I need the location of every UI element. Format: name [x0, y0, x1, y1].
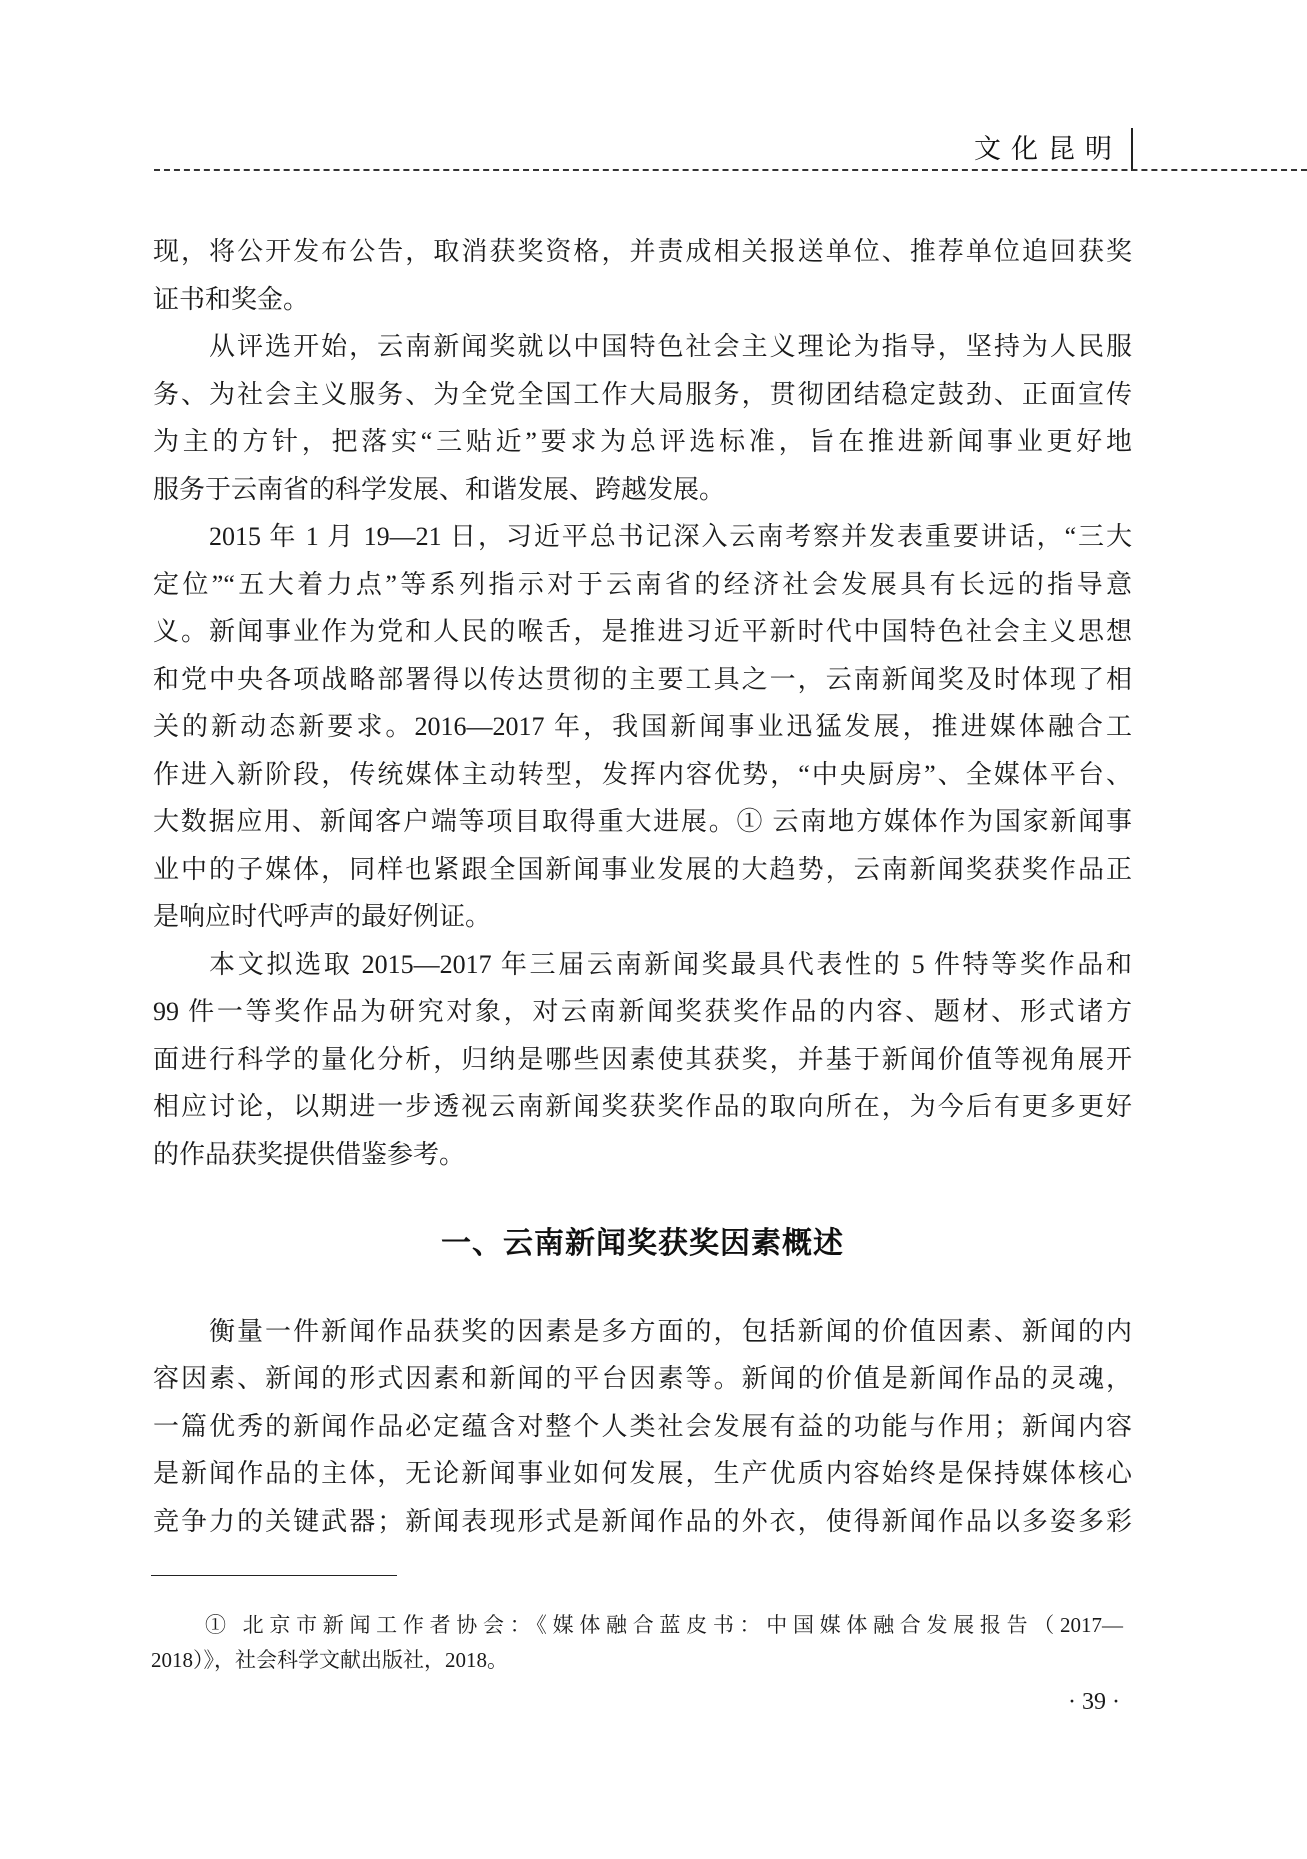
- text-line: 相应讨论，以期进一步透视云南新闻奖获奖作品的取向所在，为今后有更多更好: [153, 1087, 1132, 1127]
- text-line: 义。新闻事业作为党和人民的喉舌，是推进习近平新时代中国特色社会主义思想: [153, 612, 1132, 652]
- text-line: 定位”“五大着力点”等系列指示对于云南省的经济社会发展具有长远的指导意: [153, 565, 1132, 605]
- running-header-title: 文化昆明: [972, 130, 1122, 170]
- text-line: 作进入新阶段，传统媒体主动转型，发挥内容优势，“中央厨房”、全媒体平台、: [153, 755, 1132, 795]
- text-line: 务、为社会主义服务、为全党全国工作大局服务，贯彻团结稳定鼓劲、正面宣传: [153, 375, 1132, 415]
- text-line: 大数据应用、新闻客户端等项目取得重大进展。① 云南地方媒体作为国家新闻事: [153, 802, 1132, 842]
- text-line: 服务于云南省的科学发展、和谐发展、跨越发展。: [153, 470, 1132, 510]
- header-divider-bar: [1131, 128, 1133, 171]
- section-heading: 一、云南新闻奖获奖因素概述: [153, 1222, 1132, 1266]
- text-line: 本文拟选取 2015—2017 年三届云南新闻奖最具代表性的 5 件特等奖作品和: [209, 945, 1132, 985]
- text-line: 2015 年 1 月 19—21 日，习近平总书记深入云南考察并发表重要讲话，“…: [209, 517, 1132, 557]
- text-line: 和党中央各项战略部署得以传达贯彻的主要工具之一，云南新闻奖及时体现了相: [153, 660, 1132, 700]
- text-line: 面进行科学的量化分析，归纳是哪些因素使其获奖，并基于新闻价值等视角展开: [153, 1040, 1132, 1080]
- text-line: 的作品获奖提供借鉴参考。: [153, 1135, 1132, 1175]
- text-line: 是新闻作品的主体，无论新闻事业如何发展，生产优质内容始终是保持媒体核心: [153, 1454, 1132, 1494]
- page-number: · 39 ·: [1030, 1685, 1120, 1719]
- footnote-rule: [151, 1575, 397, 1576]
- text-line: 现，将公开发布公告，取消获奖资格，并责成相关报送单位、推荐单位追回获奖: [153, 232, 1132, 272]
- text-line: 从评选开始，云南新闻奖就以中国特色社会主义理论为指导，坚持为人民服: [209, 327, 1132, 367]
- text-line: 衡量一件新闻作品获奖的因素是多方面的，包括新闻的价值因素、新闻的内: [209, 1312, 1132, 1352]
- header-dashed-rule: [154, 169, 1307, 171]
- footnote-line: ① 北京市新闻工作者协会：《媒体融合蓝皮书：中国媒体融合发展报告（2017—: [205, 1609, 1123, 1641]
- text-line: 一篇优秀的新闻作品必定蕴含对整个人类社会发展有益的功能与作用；新闻内容: [153, 1407, 1132, 1447]
- text-line: 竞争力的关键武器；新闻表现形式是新闻作品的外衣，使得新闻作品以多姿多彩: [153, 1502, 1132, 1542]
- footnote-line: 2018）》，社会科学文献出版社，2018。: [151, 1644, 1123, 1676]
- text-line: 关的新动态新要求。2016—2017 年，我国新闻事业迅猛发展，推进媒体融合工: [153, 707, 1132, 747]
- text-line: 99 件一等奖作品为研究对象，对云南新闻奖获奖作品的内容、题材、形式诸方: [153, 992, 1132, 1032]
- text-line: 业中的子媒体，同样也紧跟全国新闻事业发展的大趋势，云南新闻奖获奖作品正: [153, 850, 1132, 890]
- text-line: 容因素、新闻的形式因素和新闻的平台因素等。新闻的价值是新闻作品的灵魂，: [153, 1359, 1132, 1399]
- text-line: 是响应时代呼声的最好例证。: [153, 897, 1132, 937]
- text-line: 为主的方针，把落实“三贴近”要求为总评选标准，旨在推进新闻事业更好地: [153, 422, 1132, 462]
- text-line: 证书和奖金。: [153, 280, 1132, 320]
